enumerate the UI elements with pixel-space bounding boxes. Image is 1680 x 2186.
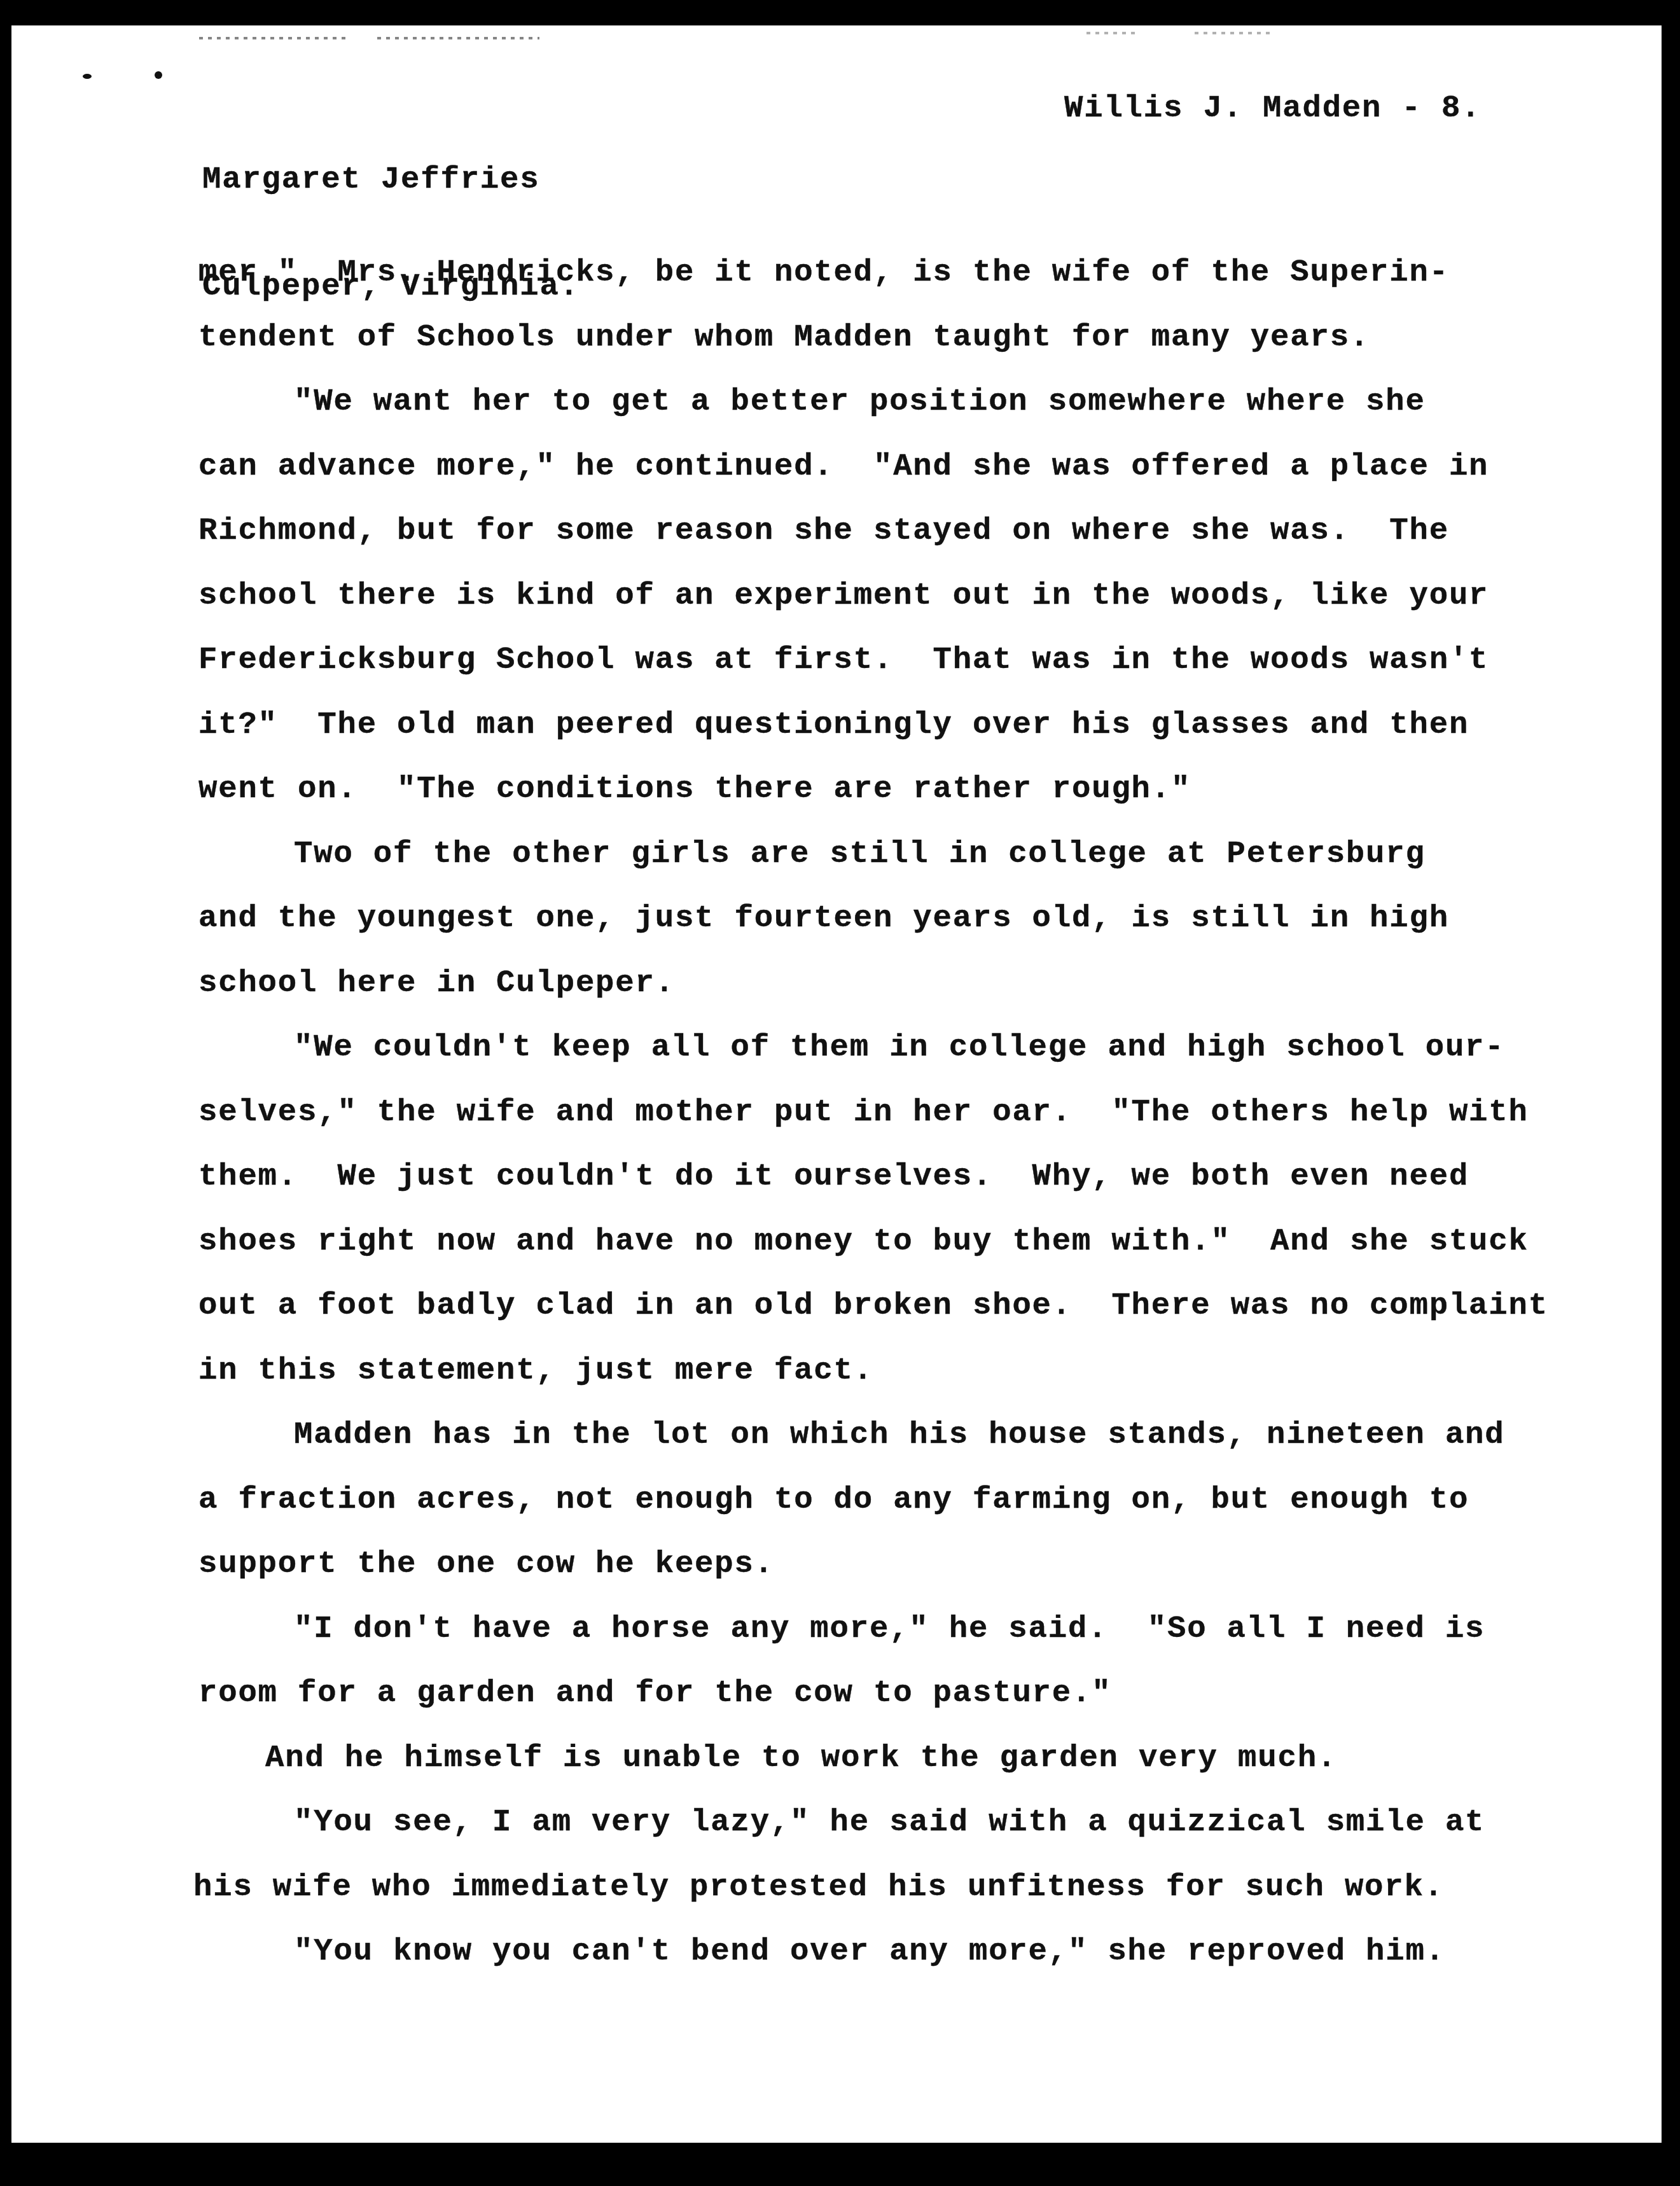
text-line: school here in Culpeper. — [198, 965, 675, 1001]
faint-header-rule-right — [1086, 32, 1137, 34]
text-line: Two of the other girls are still in coll… — [294, 836, 1426, 872]
subject-page-heading: Willis J. Madden - 8. — [1064, 90, 1481, 126]
text-line: "You know you can't bend over any more,"… — [294, 1933, 1445, 1969]
author-name: Margaret Jeffries — [202, 162, 580, 197]
margin-mark — [83, 74, 92, 79]
text-line: his wife who immediately protested his u… — [193, 1869, 1444, 1905]
text-line: them. We just couldn't do it ourselves. … — [198, 1159, 1469, 1194]
text-line: room for a garden and for the cow to pas… — [198, 1675, 1111, 1711]
text-line: went on. "The conditions there are rathe… — [198, 771, 1191, 807]
text-line: Fredericksburg School was at first. That… — [198, 642, 1489, 678]
margin-mark — [155, 71, 162, 79]
faint-header-rule-left — [199, 37, 345, 39]
document-page: Margaret Jeffries Culpeper, Virginia. Wi… — [11, 25, 1662, 2143]
text-line: can advance more," he continued. "And sh… — [198, 449, 1489, 484]
text-line: in this statement, just mere fact. — [198, 1353, 873, 1388]
text-line: out a foot badly clad in an old broken s… — [198, 1288, 1548, 1323]
text-line: tendent of Schools under whom Madden tau… — [198, 319, 1370, 355]
text-line: And he himself is unable to work the gar… — [265, 1740, 1337, 1776]
text-line: mer." Mrs. Hendricks, be it noted, is th… — [198, 254, 1449, 290]
text-line: support the one cow he keeps. — [198, 1546, 774, 1582]
text-line: shoes right now and have no money to buy… — [198, 1223, 1529, 1259]
text-line: Madden has in the lot on which his house… — [294, 1417, 1505, 1452]
faint-header-rule-left-2 — [377, 37, 539, 39]
text-line: "I don't have a horse any more," he said… — [294, 1611, 1485, 1646]
text-line: and the youngest one, just fourteen year… — [198, 900, 1449, 936]
text-line: "You see, I am very lazy," he said with … — [294, 1804, 1485, 1840]
text-line: "We couldn't keep all of them in college… — [294, 1029, 1505, 1065]
text-line: school there is kind of an experiment ou… — [198, 578, 1489, 613]
text-line: "We want her to get a better position so… — [294, 384, 1426, 419]
faint-header-rule-right-2 — [1195, 32, 1271, 34]
text-line: Richmond, but for some reason she stayed… — [198, 513, 1449, 548]
text-line: it?" The old man peered questioningly ov… — [198, 707, 1469, 742]
text-line: selves," the wife and mother put in her … — [198, 1094, 1529, 1130]
text-line: a fraction acres, not enough to do any f… — [198, 1482, 1469, 1517]
